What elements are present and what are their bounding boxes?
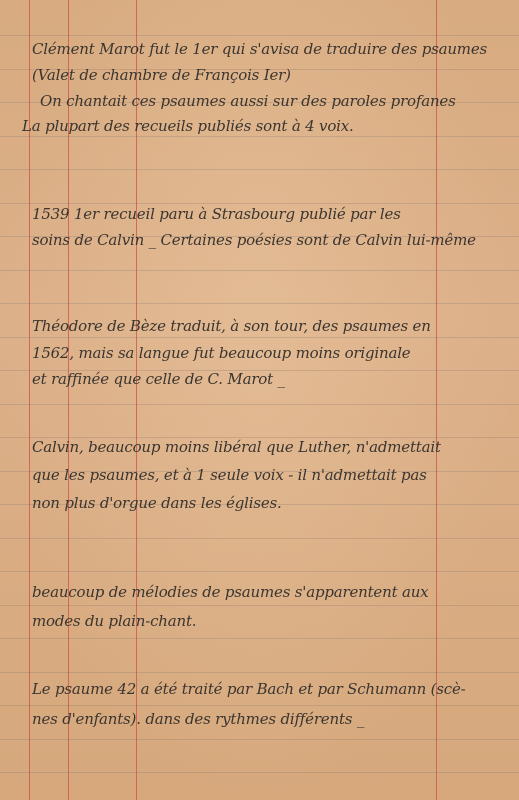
- ruled-line: [0, 169, 519, 170]
- text-line: 1539 1er recueil paru à Strasbourg publi…: [32, 205, 401, 223]
- text-line: que les psaumes, et à 1 seule voix - il …: [32, 466, 427, 484]
- ruled-line: [0, 303, 519, 304]
- text-line: On chantait ces psaumes aussi sur des pa…: [40, 92, 456, 110]
- text-line: Calvin, beaucoup moins libéral que Luthe…: [32, 438, 441, 456]
- text-line: (Valet de chambre de François Ier): [32, 66, 291, 84]
- text-line: et raffinée que celle de C. Marot _: [32, 370, 285, 388]
- ruled-line: [0, 638, 519, 639]
- ruled-line: [0, 571, 519, 572]
- text-line: modes du plain-chant.: [32, 612, 196, 630]
- ruled-line: [0, 705, 519, 706]
- notebook-page: Clément Marot fut le 1er qui s'avisa de …: [0, 0, 519, 800]
- text-line: Théodore de Bèze traduit, à son tour, de…: [32, 317, 431, 335]
- ruled-line: [0, 270, 519, 271]
- ruled-line: [0, 136, 519, 137]
- ruled-line: [0, 739, 519, 740]
- ruled-line: [0, 404, 519, 405]
- ruled-line: [0, 772, 519, 773]
- ruled-line: [0, 605, 519, 606]
- text-line: Le psaume 42 a été traité par Bach et pa…: [32, 680, 466, 698]
- text-line: soins de Calvin _ Certaines poésies sont…: [32, 231, 476, 249]
- ruled-line: [0, 203, 519, 204]
- text-line: non plus d'orgue dans les églises.: [32, 494, 282, 512]
- text-line: 1562, mais sa langue fut beaucoup moins …: [32, 344, 410, 362]
- text-line: La plupart des recueils publiés sont à 4…: [22, 117, 354, 135]
- ruled-line: [0, 672, 519, 673]
- ruled-line: [0, 337, 519, 338]
- text-line: nes d'enfants). dans des rythmes différe…: [32, 710, 364, 728]
- text-line: Clément Marot fut le 1er qui s'avisa de …: [32, 40, 487, 58]
- text-line: beaucoup de mélodies de psaumes s'appare…: [32, 583, 428, 601]
- ruled-line: [0, 538, 519, 539]
- ruled-line: [0, 35, 519, 36]
